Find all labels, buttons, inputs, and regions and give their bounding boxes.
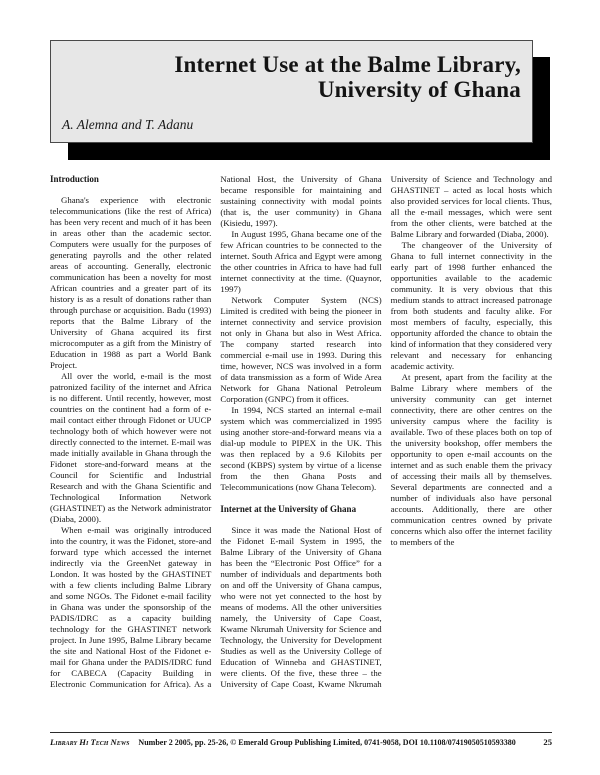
paragraph: Network Computer System (NCS) Limited is… bbox=[220, 295, 381, 405]
footer-citation: Number 2 2005, pp. 25-26, © Emerald Grou… bbox=[138, 738, 515, 747]
paragraph: In 1994, NCS started an internal e-mail … bbox=[220, 405, 381, 493]
paragraph: Ghana's experience with electronic telec… bbox=[50, 195, 211, 371]
paragraph: All over the world, e-mail is the most p… bbox=[50, 371, 211, 525]
section-heading-introduction: Introduction bbox=[50, 174, 211, 185]
paragraph: In August 1995, Ghana became one of the … bbox=[220, 229, 381, 295]
page-footer: Library Hi Tech News Number 2 2005, pp. … bbox=[50, 732, 552, 747]
article-title: Internet Use at the Balme Library, Unive… bbox=[61, 52, 521, 102]
article-body: Introduction Ghana's experience with ele… bbox=[50, 174, 552, 700]
journal-page: Internet Use at the Balme Library, Unive… bbox=[0, 0, 600, 775]
page-number: 25 bbox=[543, 737, 552, 747]
section-heading-internet-at-university: Internet at the University of Ghana bbox=[220, 504, 381, 515]
article-title-line2: University of Ghana bbox=[61, 77, 521, 102]
journal-name: Library Hi Tech News bbox=[50, 737, 129, 747]
paragraph: At present, apart from the facility at t… bbox=[391, 372, 552, 548]
article-header: Internet Use at the Balme Library, Unive… bbox=[50, 40, 533, 143]
article-authors: A. Alemna and T. Adanu bbox=[62, 117, 193, 133]
article-title-line1: Internet Use at the Balme Library, bbox=[61, 52, 521, 77]
paragraph: The changeover of the University of Ghan… bbox=[391, 240, 552, 372]
